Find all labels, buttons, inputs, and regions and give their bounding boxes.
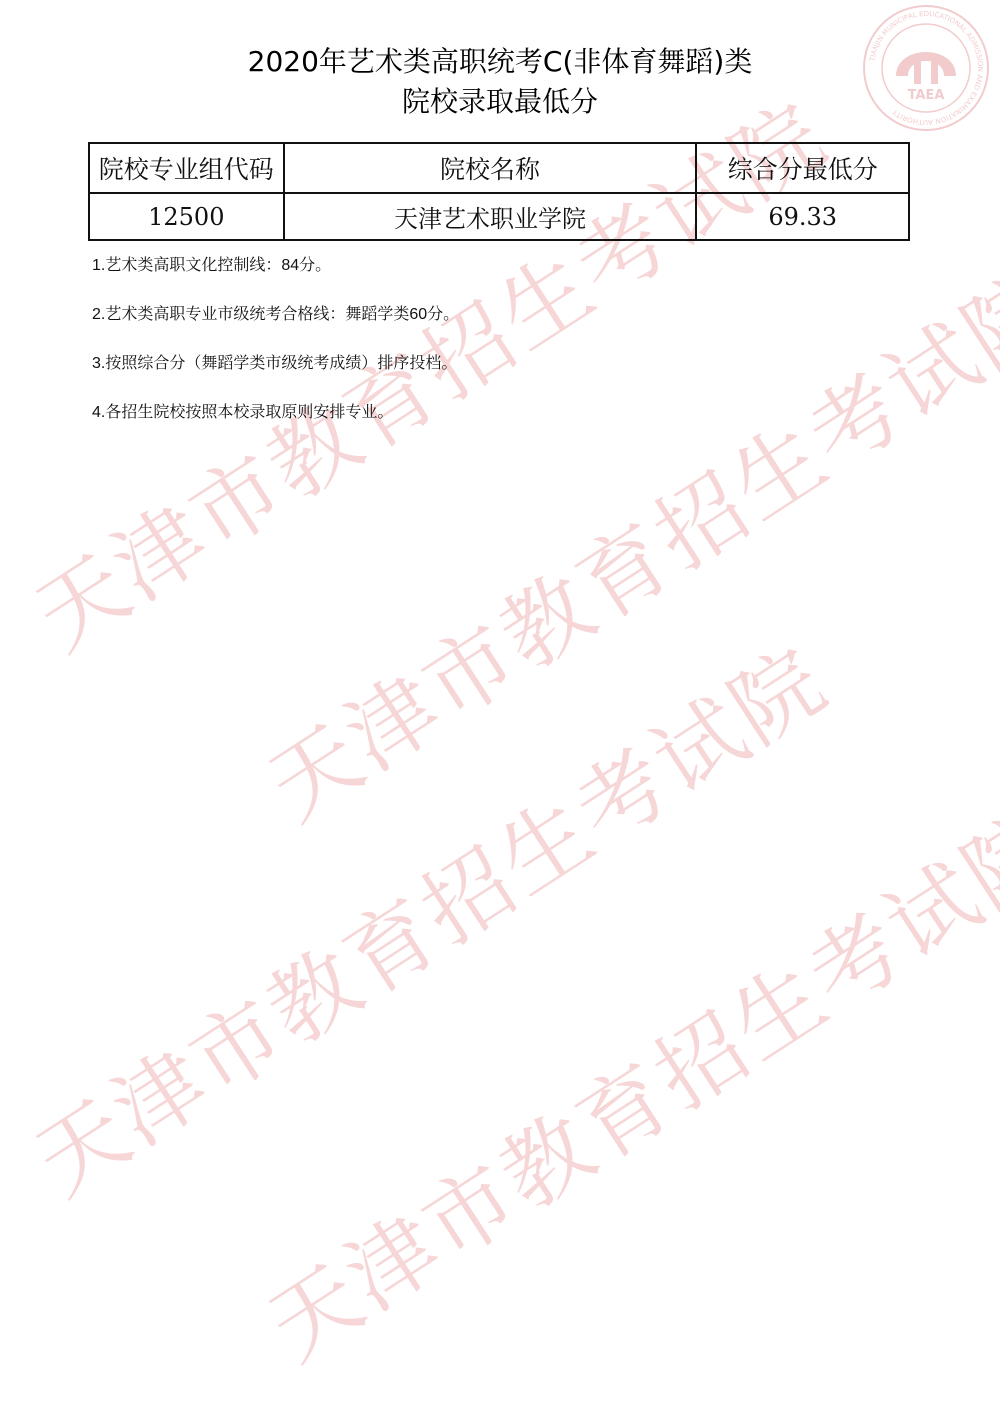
notes-list: 1.艺术类高职文化控制线：84分。 2.艺术类高职专业市级统考合格线：舞蹈学类6…	[92, 256, 459, 452]
watermark-text: 天津市教育招生考试院	[255, 799, 1000, 1374]
header-min-score: 综合分最低分	[696, 143, 909, 193]
note-item: 1.艺术类高职文化控制线：84分。	[92, 256, 459, 276]
header-school-name: 院校名称	[284, 143, 697, 193]
table-row: 12500 天津艺术职业学院 69.33	[89, 193, 909, 240]
cell-group-code: 12500	[89, 193, 284, 240]
note-item: 3.按照综合分（舞蹈学类市级统考成绩）排序投档。	[92, 354, 459, 374]
note-item: 4.各招生院校按照本校录取原则安排专业。	[92, 403, 459, 423]
note-item: 2.艺术类高职专业市级统考合格线：舞蹈学类60分。	[92, 305, 459, 325]
page-subtitle: 院校录取最低分	[0, 86, 1000, 118]
admission-score-table: 院校专业组代码 院校名称 综合分最低分 12500 天津艺术职业学院 69.33	[88, 142, 910, 241]
watermark-text: 天津市教育招生考试院	[22, 634, 842, 1209]
header-group-code: 院校专业组代码	[89, 143, 284, 193]
cell-min-score: 69.33	[696, 193, 909, 240]
page-title: 2020年艺术类高职统考C(非体育舞蹈)类	[0, 46, 1000, 78]
table-header-row: 院校专业组代码 院校名称 综合分最低分	[89, 143, 909, 193]
cell-school-name: 天津艺术职业学院	[284, 193, 697, 240]
